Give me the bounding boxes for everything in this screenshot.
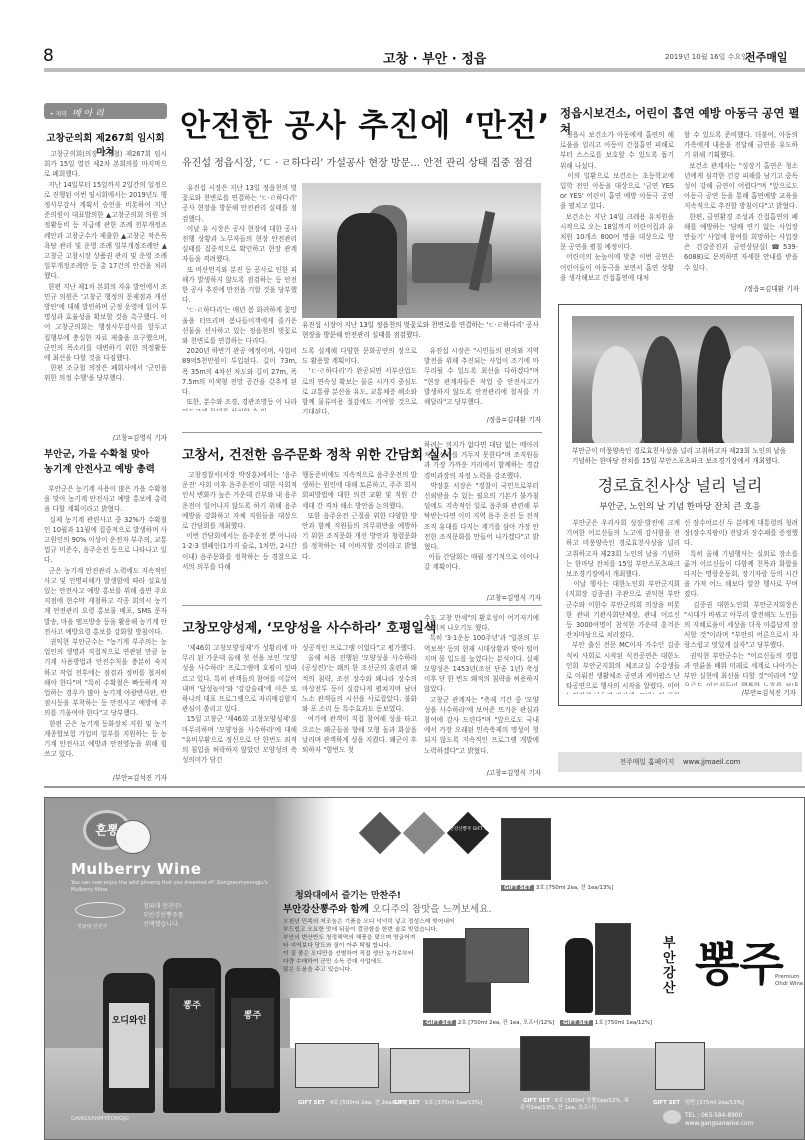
masthead-rule [44,68,805,72]
gift-tag: GIFT SET [650,1100,683,1106]
festival-col1: '제46회 고창모양성제'가 성황리에 마무리 된 가운데 올해 첫 선을 보인… [182,643,297,783]
emblem-label: 청와대 만찬주 [77,923,108,930]
gift-desc: [375ml 2ea/13%] [697,1100,744,1106]
gift-set-1-bag [595,923,631,1015]
main-article-col1: 유진섭 시장은 지난 13일 정읍천의 벚꽃로와 천변로를 연결하는 'ㄷ·ㄹ하… [182,183,297,411]
brand-vertical-text: 부안강산 [663,936,677,996]
elderly-day-col2: 신 장수어르신 두 분에게 대통령의 청려장(장수지팡이) 전달과 장수패를 증… [684,518,798,686]
mulberry-photo-diamond [359,812,401,854]
gift-set-label: GIFT SET2호 [750ml 2ea, 잔 1ea, 오프너/12%] [423,1018,555,1026]
construction-site-photo [302,183,541,318]
antismoking-col2: 할 수 있도록 준비했다. 더불어, 아동의 가족에게 내용을 전달해 금연을 … [684,130,798,282]
article-subheadline-elderly-day: 부안군, 노인의 날 기념 한마당 잔치 큰 호응 [558,500,802,512]
gift-set-general-image [655,1042,705,1090]
wine-bottle: 오디와인 [103,973,155,1113]
antismoking-byline: /정읍=김대환 기자 [684,283,799,293]
gift-no: 4호 [330,1100,339,1106]
brand-big-text: 뽕주 [695,928,784,994]
mascot-icon [115,820,151,854]
blue-house-emblem-icon [75,902,125,918]
article-headline-farm-machinery: 부안군, 가을 수확철 맞아 농기계 안전사고 예방 총력 [44,447,167,477]
main-subheadline: 유진섭 정읍시장, ‘ㄷ · ㄹ하다리’ 가설공사 현장 방문… 안전 관리 상… [182,154,533,169]
article-body-council: 고창군의회(의장 조규철) 제267회 임시회가 15일 열린 제2차 본회의를… [44,149,167,432]
article-headline-police: 고창서, 건전한 음주문화 정착 위한 간담회 실시 [182,444,453,463]
bullet-icon: • [50,111,54,118]
gift-no: 3호 [536,885,545,891]
ad-tagline: You can now enjoy the wild ginseng that … [71,880,281,894]
homepage-label: 전주매일 홈페이지 [620,758,675,766]
elderly-day-byline: /부안=김석진 기자 [684,687,796,697]
gift-set-label: GIFT SET5호 [375ml 5ea/13%] [390,1098,482,1106]
wine-bottle [565,938,593,1013]
photo-figure [337,213,397,318]
bottle-label: 뽕주 [231,998,274,1088]
ad-headline-light: 오디주의 참맛을 느껴보세요. [372,904,491,915]
headline-line: 농기계 안전사고 예방 총력 [44,462,167,477]
divider [182,605,542,606]
gift-no: 5호 [425,1100,434,1106]
wine-bottle: 뽕주 [225,968,280,1113]
photo-figure [722,346,772,443]
article-headline-festival: 고창모양성제, ‘모양성을 사수하라’ 호평일색 [182,617,436,636]
main-headline: 안전한 공사 추진에 ‘만전’ [180,100,550,145]
main-article-col3: 유진섭 시장은 "시민들의 편의와 지역발전을 위해 추진되는 사업이 조기에 … [424,346,539,406]
headline-line: 부안군, 가을 수확철 맞아 [44,447,167,462]
gift-desc: [750ml 2ea, 잔 1ea/13%] [546,885,613,891]
section-title: 고창 · 부안 · 정읍 [383,48,486,67]
gift-set-label: GIFT SET일반 [375ml 2ea/13%] [650,1098,744,1106]
homepage-banner[interactable]: 전주매일 홈페이지 www.jjmaeil.com [558,752,802,772]
mulberry-wine-advertisement[interactable]: 혼뽕 Mulberry Wine You can now enjoy the w… [44,797,805,1140]
homepage-url[interactable]: www.jjmaeil.com [683,758,740,766]
elderly-day-col1: 부안군은 우리사회 성장·발전에 크게 기여한 어르신들의 노고에 감사함을 전… [566,518,680,694]
main-photo-caption: 유진섭 시장이 지난 13일 정읍천의 벚꽃로와 천변로를 연결하는 'ㄷ·ㄹ하… [302,320,541,340]
gift-no: 6호 [555,1098,564,1104]
company-name: GANGSANMYEONGJU [71,1116,129,1122]
photo-figure [642,336,682,443]
festival-byline: /고창=김영식 기자 [424,767,541,777]
main-byline: /정읍=김대환 기자 [424,414,541,424]
gift-no: 일반 [685,1100,695,1106]
gift-tag: GIFT SET [560,1020,593,1026]
divider [182,432,542,433]
gift-tag: GIFT SET [423,1020,456,1026]
gift-no: 1호 [595,1020,604,1026]
article-headline-elderly-day: 경로효친사상 널리 널리 [558,473,802,496]
festival-col2: 성공적인 프로그램 이었다"고 평가했다. 올해 처음 진행된 '모양성을 사수… [302,643,417,783]
police-col3: 하려는 의지가 없다면 대답 없는 메아리처럼 성과를 거두지 못한다"며 조직… [424,440,539,592]
gift-tag: GIFT SET [520,1098,553,1104]
gift-set-6-image [520,1036,590,1091]
ad-separator-rule [44,786,805,788]
ad-headline-2: 부안강산뽕주와 함께 오디주의 참맛을 느껴보세요. [283,901,491,915]
antismoking-col1: 정읍시 보건소가 아동에게 흡연의 해로움을 일리고 아동이 간접흡연 피해로부… [560,130,674,292]
gift-set-badge-text: 부안강산뽕주 GIFT SET [445,826,493,832]
bottle-label: 뽕주 [169,988,215,1088]
gift-set-4-image [295,1043,379,1088]
festival-col3: 수도 고창 만세"의 환호성이 여기저기에서 터져 나오기도 했다. 특히 '3… [424,613,539,763]
police-col1: 고창경찰서(서장 박장훈)에서는 '음주운전' 사회 이후 음주운전이 대한 사… [182,470,297,602]
gift-set-3-image [501,818,551,880]
gift-set-2-box [465,928,529,983]
photo-figure [592,346,642,443]
gift-desc: [375ml 5ea/13%] [435,1100,482,1106]
company-logo-icon [663,1110,681,1124]
brand-subtitle: Premium Ohdi Wine [775,974,803,988]
publication-name: 전주매일 [745,49,788,65]
publication-date: 2019년 10월 16일 수요일 [665,52,748,62]
column-tag: • 지역 메 아 리 [44,103,167,119]
ad-headline-1: 청와대에서 즐기는 만찬주! [295,888,401,901]
mulberry-photo-diamond [403,812,445,854]
main-article-col2: 도록 설계해 다양한 문화공연의 장으로도 활용할 계획이다. 'ㄷ·ㄹ하다리'… [302,346,417,414]
article-body-farm-machinery: 부안군은 농기계 사용이 많은 가을 수확철을 맞아 농기계 안전사고 예방 홍… [44,484,167,781]
police-col2: 행동준비에도 지속적으로 음주운전의 발생하는 원인에 대해 토론하고, 주주 … [302,470,417,602]
contact-info[interactable]: TEL : 063-584-8900 www.gangsanwine.com [685,1113,753,1128]
masthead: 8 고창 · 부안 · 정읍 2019년 10월 16일 수요일 전주매일 [43,46,805,68]
gift-desc: [750ml 2ea, 잔 1ea, 오프너/12%] [468,1020,554,1026]
gift-tag: GIFT SET [390,1100,423,1106]
tag-big: 메 아 리 [72,109,104,119]
byline-council: /고창=김영식 기자 [44,432,167,442]
gift-set-label: GIFT SET1호 [750ml 1ea/12%] [560,1018,652,1026]
ad-headline-bold: 부안강산뽕주와 함께 [283,904,369,915]
tag-small: 지역 [55,111,67,118]
gift-set-5-image [390,1048,470,1093]
police-byline: /고창=김영식 기자 [424,592,541,602]
gift-tag: GIFT SET [501,885,534,891]
bottle-label: 오디와인 [109,1003,149,1088]
ad-left-note: 청와대 만찬주! 부안강산뽕주를 선택했습니다. [143,902,233,929]
gift-no: 2호 [458,1020,467,1026]
wine-bottle: 뽕주 [163,958,221,1113]
gift-set-label: GIFT SET3호 [750ml 2ea, 잔 1ea/13%] [501,883,613,891]
gift-set-label: GIFT SET6호 [500ml 장뽕2ea/12%, 복분자1ea/13%,… [520,1098,630,1112]
elderly-day-photo-caption: 부안군이 미풍양속인 경로효친사상을 널리 고취하고자 제23회 노인의 날을 … [572,446,794,466]
gift-set-badge-diamond [447,812,489,854]
ad-title: Mulberry Wine [71,860,202,878]
gift-tag: GIFT SET [295,1100,328,1106]
byline-farm-machinery: /부안=김석진 기자 [44,772,167,782]
gift-desc: [750ml 1ea/12%] [605,1020,652,1026]
page-number: 8 [43,46,54,66]
elderly-day-photo [572,316,794,443]
